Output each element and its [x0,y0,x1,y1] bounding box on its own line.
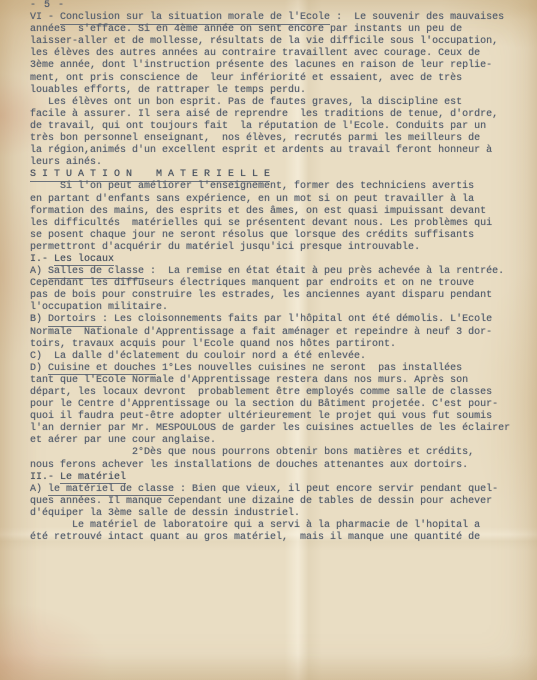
section-number-vi: VI - [30,12,60,23]
heading-cuisine-et-douches: Cuisine et douches [48,363,156,376]
paragraph-cuisines-text: 1°Les nouvelles cuisines ne seront pas i… [30,363,510,447]
paragraph-cuisine-et-douches: D) Cuisine et douches 1°Les nouvelles cu… [30,363,513,448]
heading-les-locaux: I.- Les locaux [30,254,513,266]
paragraph-materiel-de-classe: A) le matériel de classe : Bien que vieu… [30,484,513,520]
item-letter-a: A) [30,266,48,277]
heading-conclusion-morale: Conclusion sur la situation morale de l'… [60,12,330,25]
item-letter-b: B) [30,314,48,325]
item-letter-d: D) [30,363,48,374]
heading-situation-materielle: S I T U A T I O N M A T E R I E L L E [30,169,513,181]
section-number-i: I.- [30,254,54,265]
paragraph-conclusion-morale: VI - Conclusion sur la situation morale … [30,12,513,97]
heading-dortoirs: Dortoirs [48,314,102,327]
paragraph-douches-attenantes: 2°Dès que nous pourrons obtenir bons mat… [30,447,513,471]
paragraph-salles-de-classe: A) Salles de classe : La remise en état … [30,266,513,314]
section-number-ii: II.- [30,472,60,483]
heading-les-locaux-label: Les locaux [54,254,114,267]
heading-materiel-de-classe: le matériel de classe [48,484,174,497]
paragraph-bon-esprit: Les élèves ont un bon esprit. Pas de fau… [30,97,513,170]
heading-situation-materielle-label: S I T U A T I O N M A T E R I E L L E [30,169,270,182]
paragraph-difficultes-materielles: Si l'on peut améliorer l'enseignement, f… [30,181,513,254]
heading-salles-de-classe: Salles de classe [48,266,144,279]
paragraph-conclusion-text: : Le souvenir des mauvaises années s'eff… [30,12,504,96]
heading-le-materiel-label: Le matériel [60,472,126,485]
paragraph-dortoirs: B) Dortoirs : Les cloisonnements faits p… [30,314,513,350]
paragraph-materiel-laboratoire: Le matériel de laboratoire qui a servi à… [30,520,513,544]
page-number: - 5 - [30,0,513,12]
paragraph-dalle-eclatement: C) La dalle d'éclatement du couloir nord… [30,351,513,363]
heading-le-materiel: II.- Le matériel [30,472,513,484]
scanned-document-page: - 5 - VI - Conclusion sur la situation m… [0,0,537,680]
item-letter-a2: A) [30,484,48,495]
